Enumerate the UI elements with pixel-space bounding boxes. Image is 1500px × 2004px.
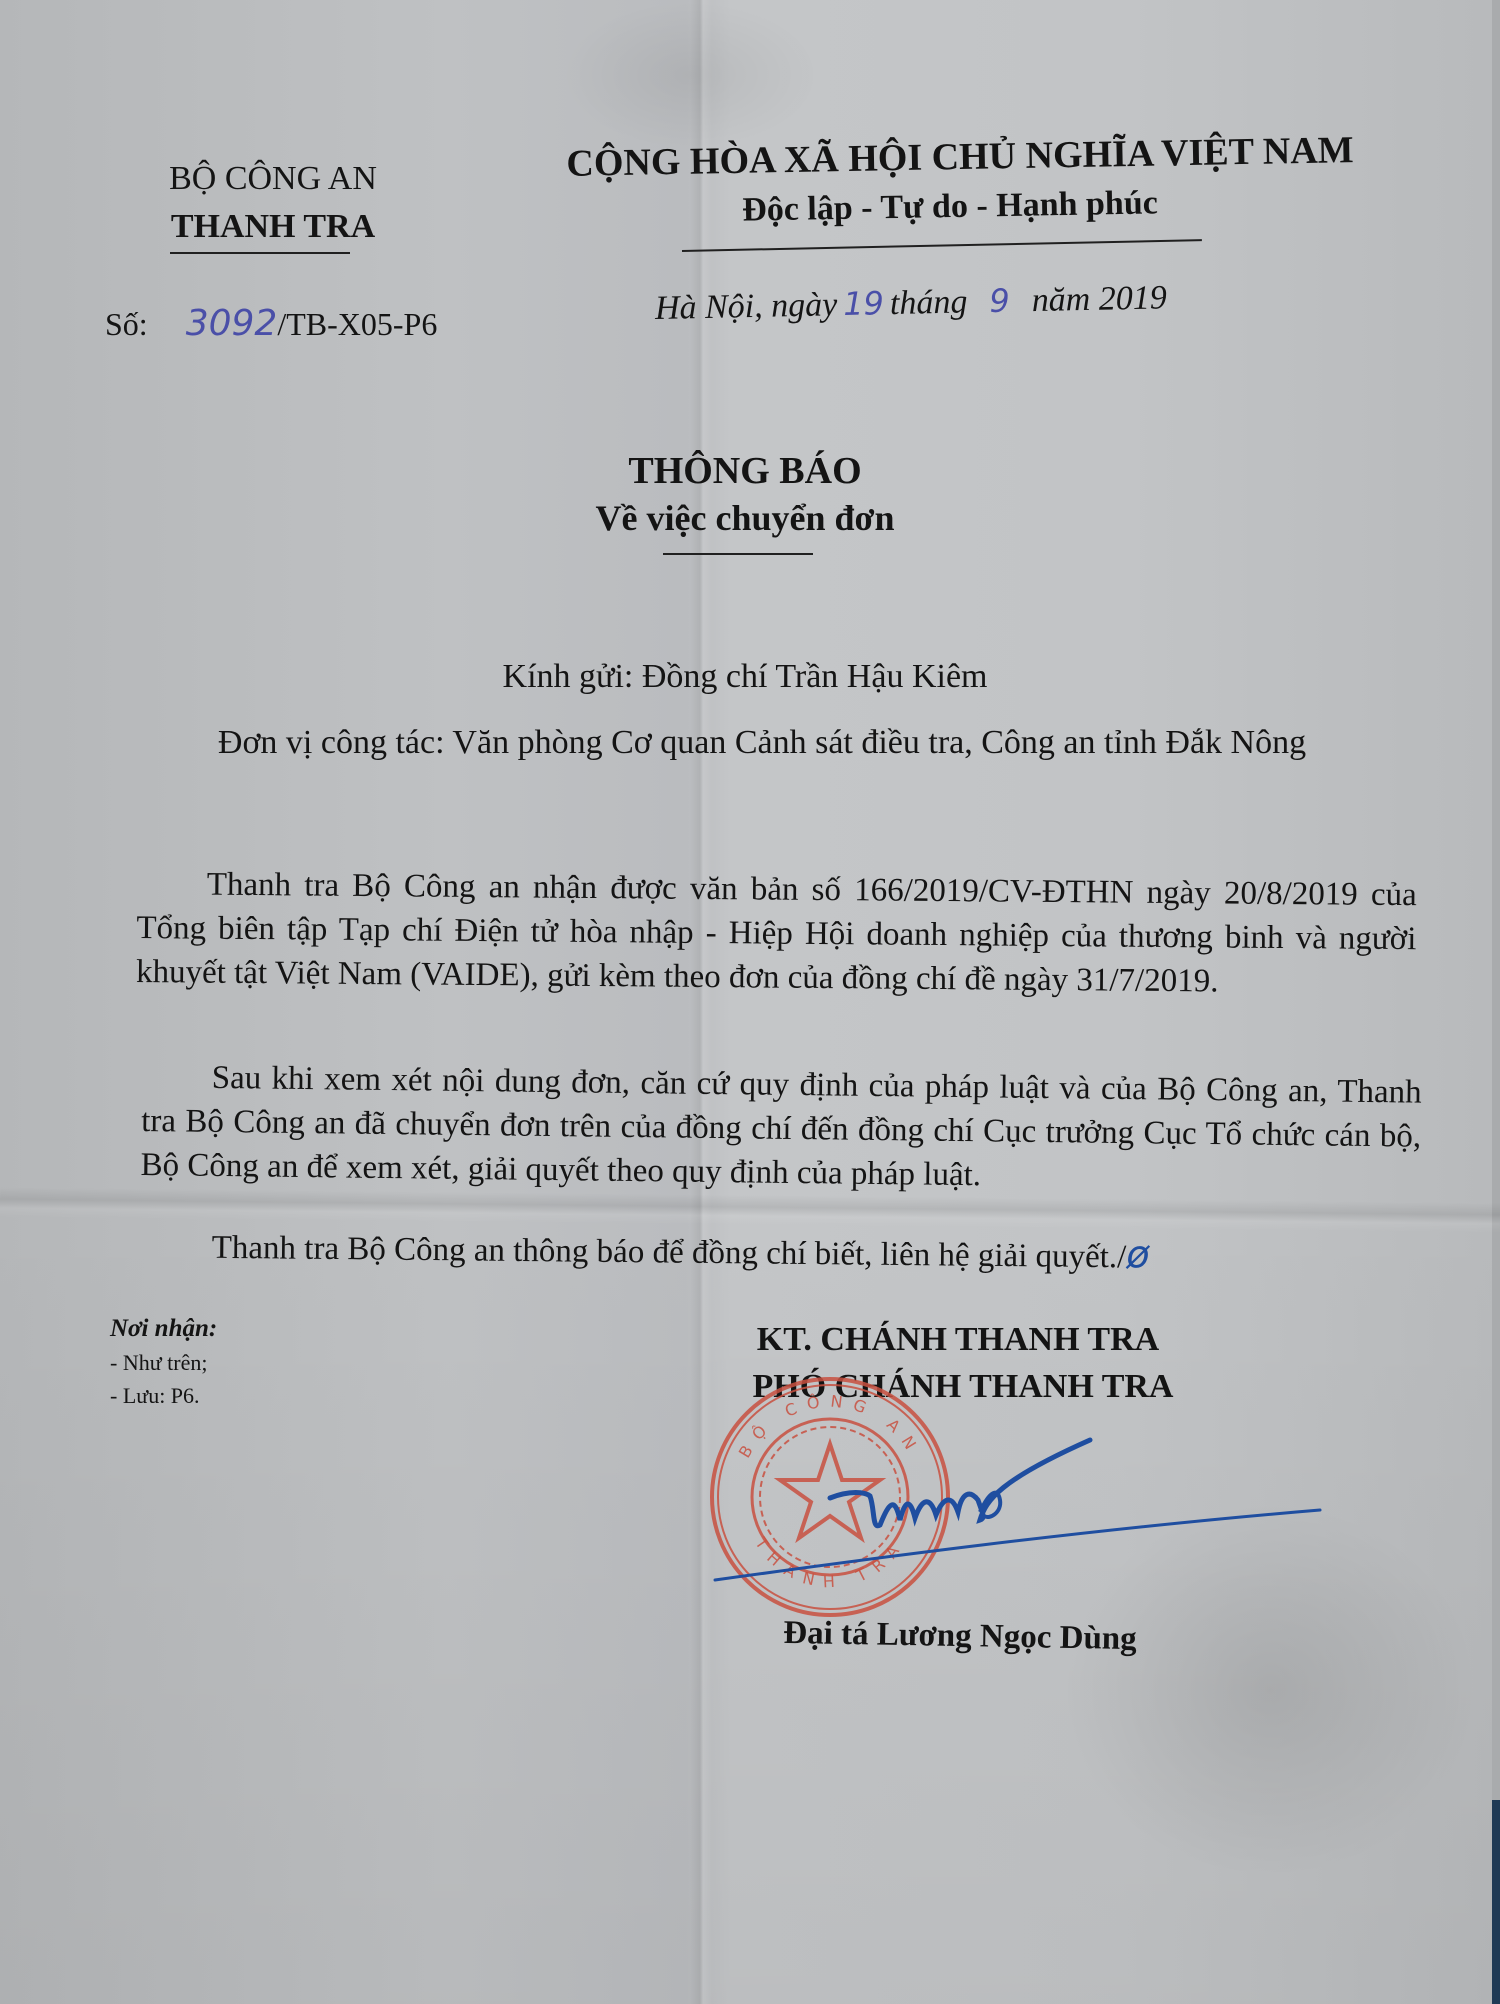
document-number: Số: 3092/TB-X05-P6 (105, 306, 437, 342)
issuer-underline (170, 252, 350, 254)
recipients-item: - Lưu: P6. (110, 1385, 200, 1407)
document-paper: BỘ CÔNG AN THANH TRA CỘNG HÒA XÃ HỘI CHỦ… (0, 0, 1492, 2004)
motto-underline (682, 239, 1202, 252)
issue-date: Hà Nội, ngày19tháng9năm 2019 (655, 281, 1167, 326)
doc-number-suffix: /TB-X05-P6 (277, 306, 437, 342)
date-year: năm 2019 (1031, 279, 1167, 319)
date-day: 19 (843, 284, 885, 323)
issuer-unit: THANH TRA (171, 210, 375, 244)
recipient-greeting: Kính gửi: Đồng chí Trần Hậu Kiêm (503, 660, 988, 694)
body-paragraph: Thanh tra Bộ Công an thông báo để đồng c… (142, 1222, 1422, 1282)
recipients-item: - Như trên; (110, 1352, 207, 1374)
initial-mark: ø (1126, 1232, 1150, 1276)
handwritten-signature-icon (700, 1420, 1340, 1600)
body-paragraph: Sau khi xem xét nội dung đơn, căn cứ quy… (140, 1055, 1422, 1203)
date-month: 9 (989, 282, 1010, 320)
recipient-workplace: Đơn vị công tác: Văn phòng Cơ quan Cảnh … (218, 726, 1306, 760)
date-month-label: tháng (890, 283, 968, 322)
document-subject: Về việc chuyển đơn (596, 500, 895, 536)
doc-number-handwritten: 3092 (186, 303, 278, 344)
signature-title-line1: KT. CHÁNH THANH TRA (757, 1323, 1159, 1357)
doc-number-label: Số: (105, 306, 148, 342)
background-edge (1492, 1800, 1500, 2004)
recipients-title: Nơi nhận: (110, 1316, 217, 1341)
body-paragraph: Thanh tra Bộ Công an nhận được văn bản s… (136, 862, 1417, 1005)
document-title: THÔNG BÁO (628, 452, 861, 490)
issuer-ministry: BỘ CÔNG AN (169, 162, 377, 196)
date-place: Hà Nội, ngày (655, 286, 838, 327)
closing-sentence: Thanh tra Bộ Công an thông báo để đồng c… (212, 1230, 1127, 1276)
signer-name: Đại tá Lương Ngọc Dùng (783, 1617, 1137, 1656)
title-underline (663, 553, 813, 555)
national-motto: Độc lập - Tự do - Hạnh phúc (742, 186, 1158, 227)
